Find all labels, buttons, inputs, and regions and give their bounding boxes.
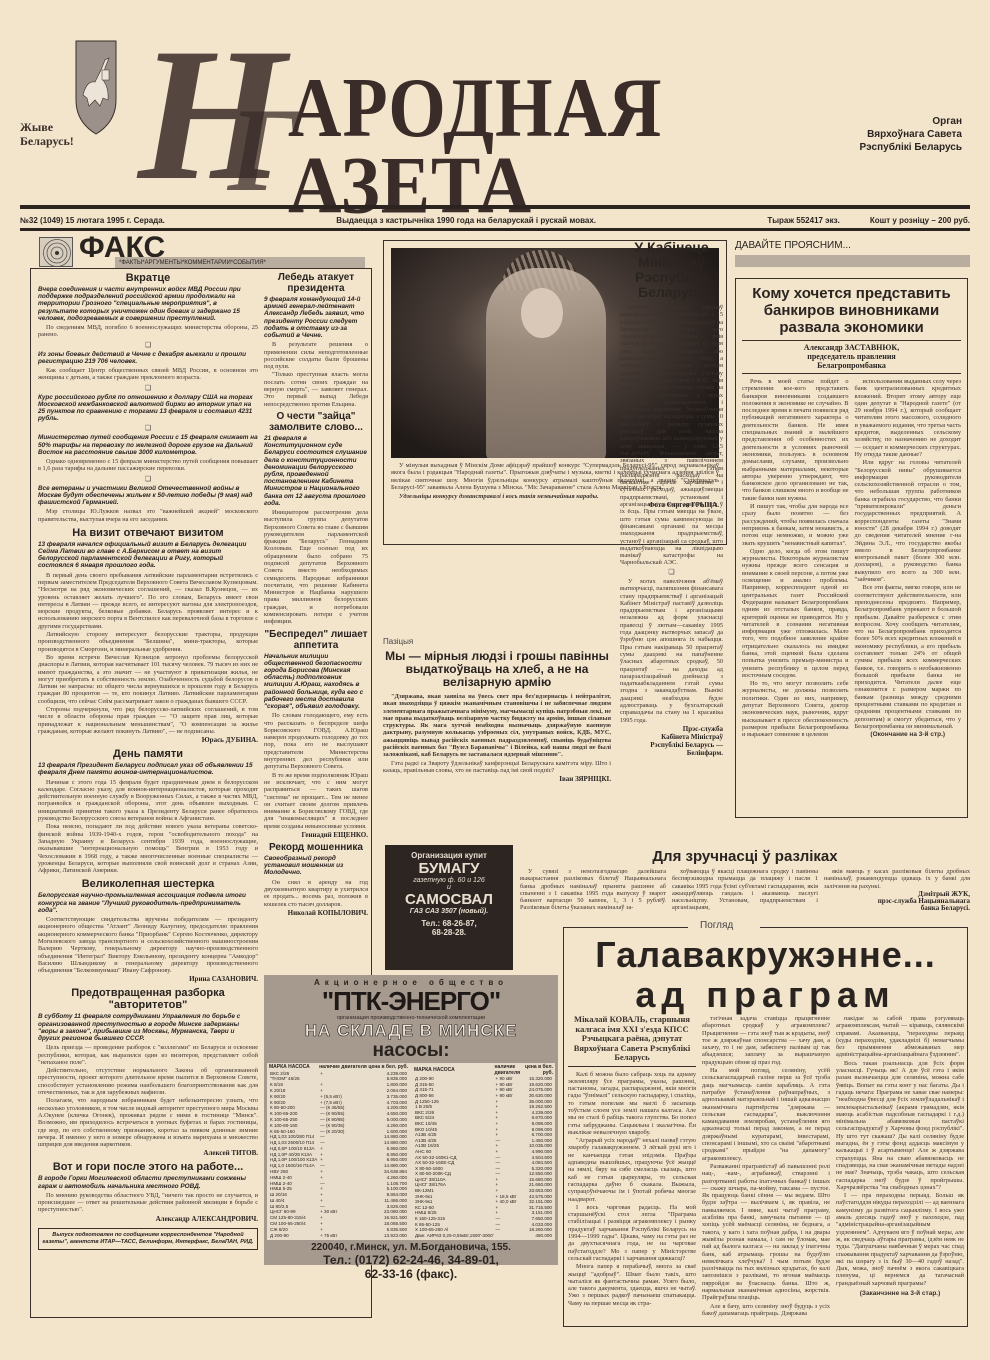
separator-icon: ❏ xyxy=(38,424,258,432)
news-brief: Все ветераны и участники Великой Отечест… xyxy=(38,485,258,523)
lebed-heading: Лебедь атакует президента xyxy=(264,272,368,294)
gori-heading: Вот и гори после этого на работе... xyxy=(38,1161,258,1173)
separator-icon: ❏ xyxy=(620,569,723,576)
slogan: Жыве Беларусь! xyxy=(20,120,74,148)
pazicyya-article: Пазіцыя Мы — мірныя людзі і грошы павінн… xyxy=(383,637,611,783)
pump-price-tables: МАРКА НАСОСА наличие двигателя цена в бе… xyxy=(267,1063,555,1240)
pump-row: К 100-65-250— (К 90/85)5.000.000 xyxy=(269,1117,408,1123)
issue-number: №32 (1049) 15 лютага 1995 г. Серада. xyxy=(20,216,165,225)
rekord-heading: Рекорд мошенника xyxy=(264,842,368,853)
pump-table-right: МАРКА НАСОСА наличие двигателя цена в бе… xyxy=(414,1065,553,1238)
pumps-advertisement: Акционерное общество "ПТК-ЭНЕРГО" органи… xyxy=(264,975,558,1265)
ad-brand: "ПТК-ЭНЕРГО" xyxy=(267,987,555,1015)
fax-main-column: Вкратце Вчера соединения и части внутрен… xyxy=(38,272,258,1252)
vizit-heading: На визит отвечают визитом xyxy=(38,527,258,539)
razborka-heading: Предотвращенная разборка "авторитетов" xyxy=(38,987,258,1011)
shesterka-heading: Великолепная шестерка xyxy=(38,878,258,890)
author-signature: Николай КОПЫЛОВИЧ. xyxy=(264,909,368,917)
news-brief: Вчера соединения и части внутренних войс… xyxy=(38,286,258,339)
news-brief: Из зоны боевых действий в Чечне с декабр… xyxy=(38,351,258,382)
fax-side-column: Лебедь атакует президента 9 февраля кома… xyxy=(264,272,368,917)
circulation: Тыраж 552417 экз. xyxy=(767,216,839,225)
author-signature: Ирина САЗАНОВИЧ. xyxy=(38,975,258,983)
news-brief: Министерство путей сообщения России с 15… xyxy=(38,434,258,472)
pump-row: К 100-80-160— (К 90/35)4.260.000 xyxy=(269,1123,408,1129)
masthead-rule-top xyxy=(20,205,970,209)
continued-link[interactable]: (Окончание на 3-й стр.) xyxy=(855,731,962,738)
ad-phone: Тел.: (0172) 62-24-46, 34-89-01, xyxy=(267,1253,555,1267)
rubric: ДАВАЙТЕ ПРОЯСНИМ... xyxy=(735,240,851,251)
kabinet-heading: У Кабінеце Міністраў Рэспублікі Беларусь xyxy=(620,240,723,300)
paper-truck-advertisement: Организация купит БУМАГУ газетную ф. 60 … xyxy=(385,845,513,970)
news-brief: Курс российского рубля по отношению к до… xyxy=(38,394,258,423)
author-signature: Алексей ТИТОВ. xyxy=(38,1149,258,1157)
separator-icon: ❏ xyxy=(38,341,258,349)
author-signature: Геннадий ЕЩЕНКО. xyxy=(264,831,368,839)
ad-phone: Тел.: 68-26-87, xyxy=(389,919,509,928)
newspaper-title: Н АРОДНАЯ Г АЗЕТА xyxy=(138,30,758,205)
byline: Мікалай КОВАЛЬ, старшыня калгаса імя XXI… xyxy=(568,1015,696,1067)
rubric-band xyxy=(735,255,970,267)
zaytsa-heading: О чести "зайца" замолвите слово... xyxy=(264,411,368,433)
vizit-body: В первый день своего пребывания латвийск… xyxy=(38,572,258,736)
coat-of-arms-pahonia-icon xyxy=(75,40,117,135)
organ-label: Орган Вярхоўнага Савета Рэспублікі Белар… xyxy=(859,115,962,154)
pump-row: К 100-65-200— (К 90/55)4.650.000 xyxy=(269,1111,408,1117)
author-signature: Прэс-служба Кабінета Міністраў Рэспублік… xyxy=(620,725,723,757)
continued-link[interactable]: (Заканчэнне на 3-й стар.) xyxy=(836,1290,964,1297)
author-signature: Александр АЛЕКСАНДРОВИЧ. xyxy=(38,1215,258,1223)
bankiry-article: Кому хочется представить банкиров виновн… xyxy=(735,278,968,818)
paglyad-rule-right xyxy=(760,927,968,928)
paglyad-body: Мікалай КОВАЛЬ, старшыня калгаса імя XXI… xyxy=(568,1015,964,1318)
vkratce-heading: Вкратце xyxy=(38,272,258,284)
separator-icon: ❏ xyxy=(38,384,258,392)
rubric: Погляд xyxy=(700,920,733,931)
issue-info-bar: №32 (1049) 15 лютага 1995 г. Серада. Выд… xyxy=(20,213,970,227)
byline: Александр ЗАСТАВНЮК, председатель правле… xyxy=(742,343,961,370)
credits-box: Выпуск подготовлен по сообщениям корресп… xyxy=(38,1228,258,1250)
separator-icon: ❏ xyxy=(38,475,258,483)
pump-row: Двиг. АИР63 0,25-0,55кВт,1500'-3000'480.… xyxy=(414,1233,553,1239)
published-since: Выдаецца з кастрычніка 1990 года на бела… xyxy=(336,216,596,225)
pump-row: Д 200-90+ 75 кВт13.923.000 xyxy=(269,1232,408,1238)
bankiry-heading: Кому хочется представить банкиров виновн… xyxy=(742,285,961,336)
author-signature: Іван ЗЯРНІЦКІ. xyxy=(383,775,611,783)
den-pamyati-heading: День памяти xyxy=(38,748,258,760)
zruchnasci-heading: Для зручнасці ў разліках xyxy=(520,848,970,865)
ad-address: 220040, г.Минск, ул. М.Богдановича, 155. xyxy=(267,1242,555,1253)
author-signature: Дзмітрый ЖУК, прэс-служба Нацыянальнага … xyxy=(824,891,970,913)
pump-table-left: МАРКА НАСОСА наличие двигателя цена в бе… xyxy=(269,1065,408,1238)
ad-fax: 62-33-16 (факс). xyxy=(267,1267,555,1281)
rubric: Пазіцыя xyxy=(383,637,611,646)
price: Кошт у розніцу – 200 руб. xyxy=(870,216,970,225)
kabinet-article: У Кабінеце Міністраў Рэспублікі Беларусь… xyxy=(620,240,723,757)
author-signature: Юрась ДУБИНА. xyxy=(38,736,258,744)
paglyad-rule-left xyxy=(563,927,688,928)
pazicyya-heading: Мы — мірныя людзі і грошы павінны выдатк… xyxy=(383,650,611,689)
bespredel-heading: "Беспредел" лишает аппетита xyxy=(264,629,368,651)
radio-waves-icon xyxy=(39,237,73,267)
paglyad-heading: Галавакружэнне... ад праграм xyxy=(563,935,968,1015)
zruchnasci-article: Для зручнасці ў разліках У сувязі з немэ… xyxy=(520,848,970,913)
